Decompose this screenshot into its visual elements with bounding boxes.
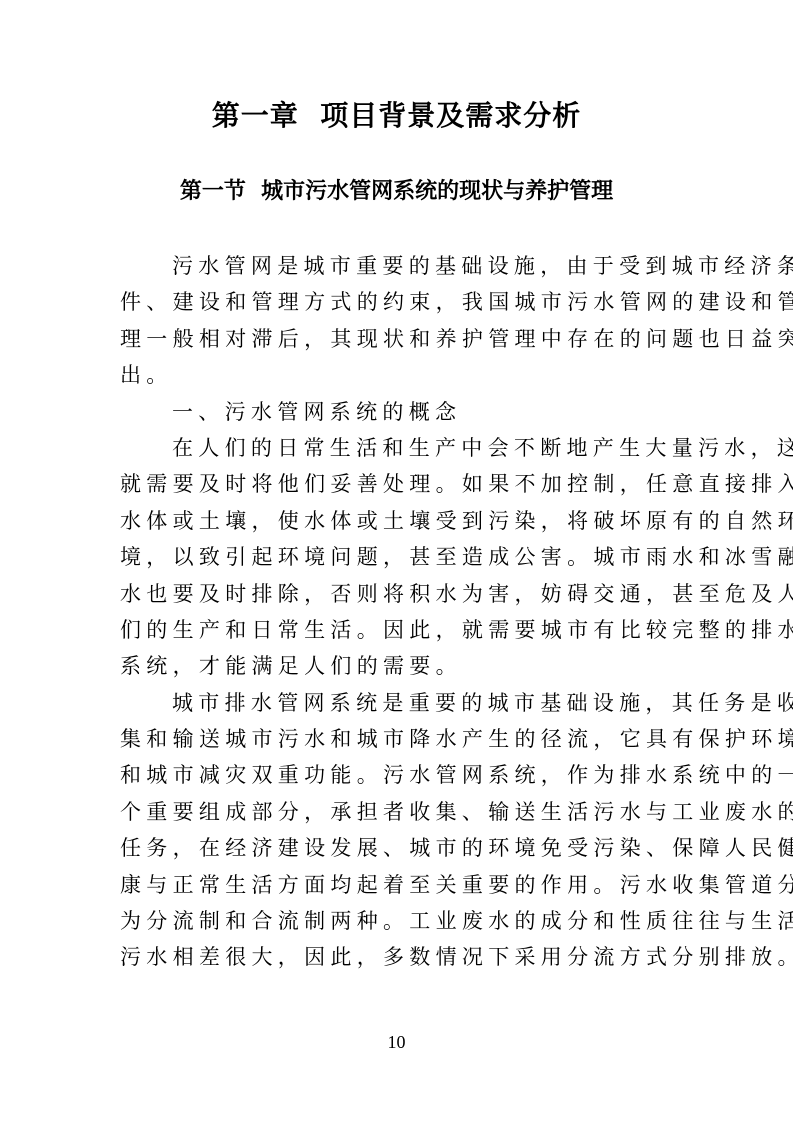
- text-line: 理一般相对滞后，其现状和养护管理中存在的问题也日益突: [120, 321, 676, 357]
- text-line: 们的生产和日常生活。因此，就需要城市有比较完整的排水: [120, 612, 676, 648]
- text-line: 系统，才能满足人们的需要。: [120, 648, 676, 684]
- document-page: 第一章 项目背景及需求分析 第一节 城市污水管网系统的现状与养护管理 污水管网是…: [0, 0, 793, 1122]
- text-line: 污水管网是城市重要的基础设施，由于受到城市经济条: [120, 248, 676, 284]
- page-number: 10: [0, 1030, 793, 1054]
- text-line: 水也要及时排除，否则将积水为害，妨碍交通，甚至危及人: [120, 576, 676, 612]
- text-line: 为分流制和合流制两种。工业废水的成分和性质往往与生活: [120, 903, 676, 939]
- text-line: 和城市减灾双重功能。污水管网系统，作为排水系统中的一: [120, 757, 676, 793]
- text-line: 境，以致引起环境问题，甚至造成公害。城市雨水和冰雪融: [120, 539, 676, 575]
- subheading-line: 一、污水管网系统的概念: [120, 394, 676, 430]
- text-line: 任务，在经济建设发展、城市的环境免受污染、保障人民健: [120, 830, 676, 866]
- chapter-title: 第一章 项目背景及需求分析: [0, 96, 793, 136]
- section-title: 第一节 城市污水管网系统的现状与养护管理: [0, 174, 793, 210]
- body-text: 污水管网是城市重要的基础设施，由于受到城市经济条 件、建设和管理方式的约束，我国…: [120, 248, 676, 976]
- text-line: 城市排水管网系统是重要的城市基础设施，其任务是收: [120, 685, 676, 721]
- text-line: 个重要组成部分，承担者收集、输送生活污水与工业废水的: [120, 794, 676, 830]
- text-line: 出。: [120, 357, 676, 393]
- text-line: 污水相差很大，因此，多数情况下采用分流方式分别排放。: [120, 939, 676, 975]
- text-line: 康与正常生活方面均起着至关重要的作用。污水收集管道分: [120, 867, 676, 903]
- text-line: 就需要及时将他们妥善处理。如果不加控制，任意直接排入: [120, 466, 676, 502]
- text-line: 水体或土壤，使水体或土壤受到污染，将破坏原有的自然环: [120, 503, 676, 539]
- text-line: 集和输送城市污水和城市降水产生的径流，它具有保护环境: [120, 721, 676, 757]
- text-line: 在人们的日常生活和生产中会不断地产生大量污水，这: [120, 430, 676, 466]
- text-line: 件、建设和管理方式的约束，我国城市污水管网的建设和管: [120, 284, 676, 320]
